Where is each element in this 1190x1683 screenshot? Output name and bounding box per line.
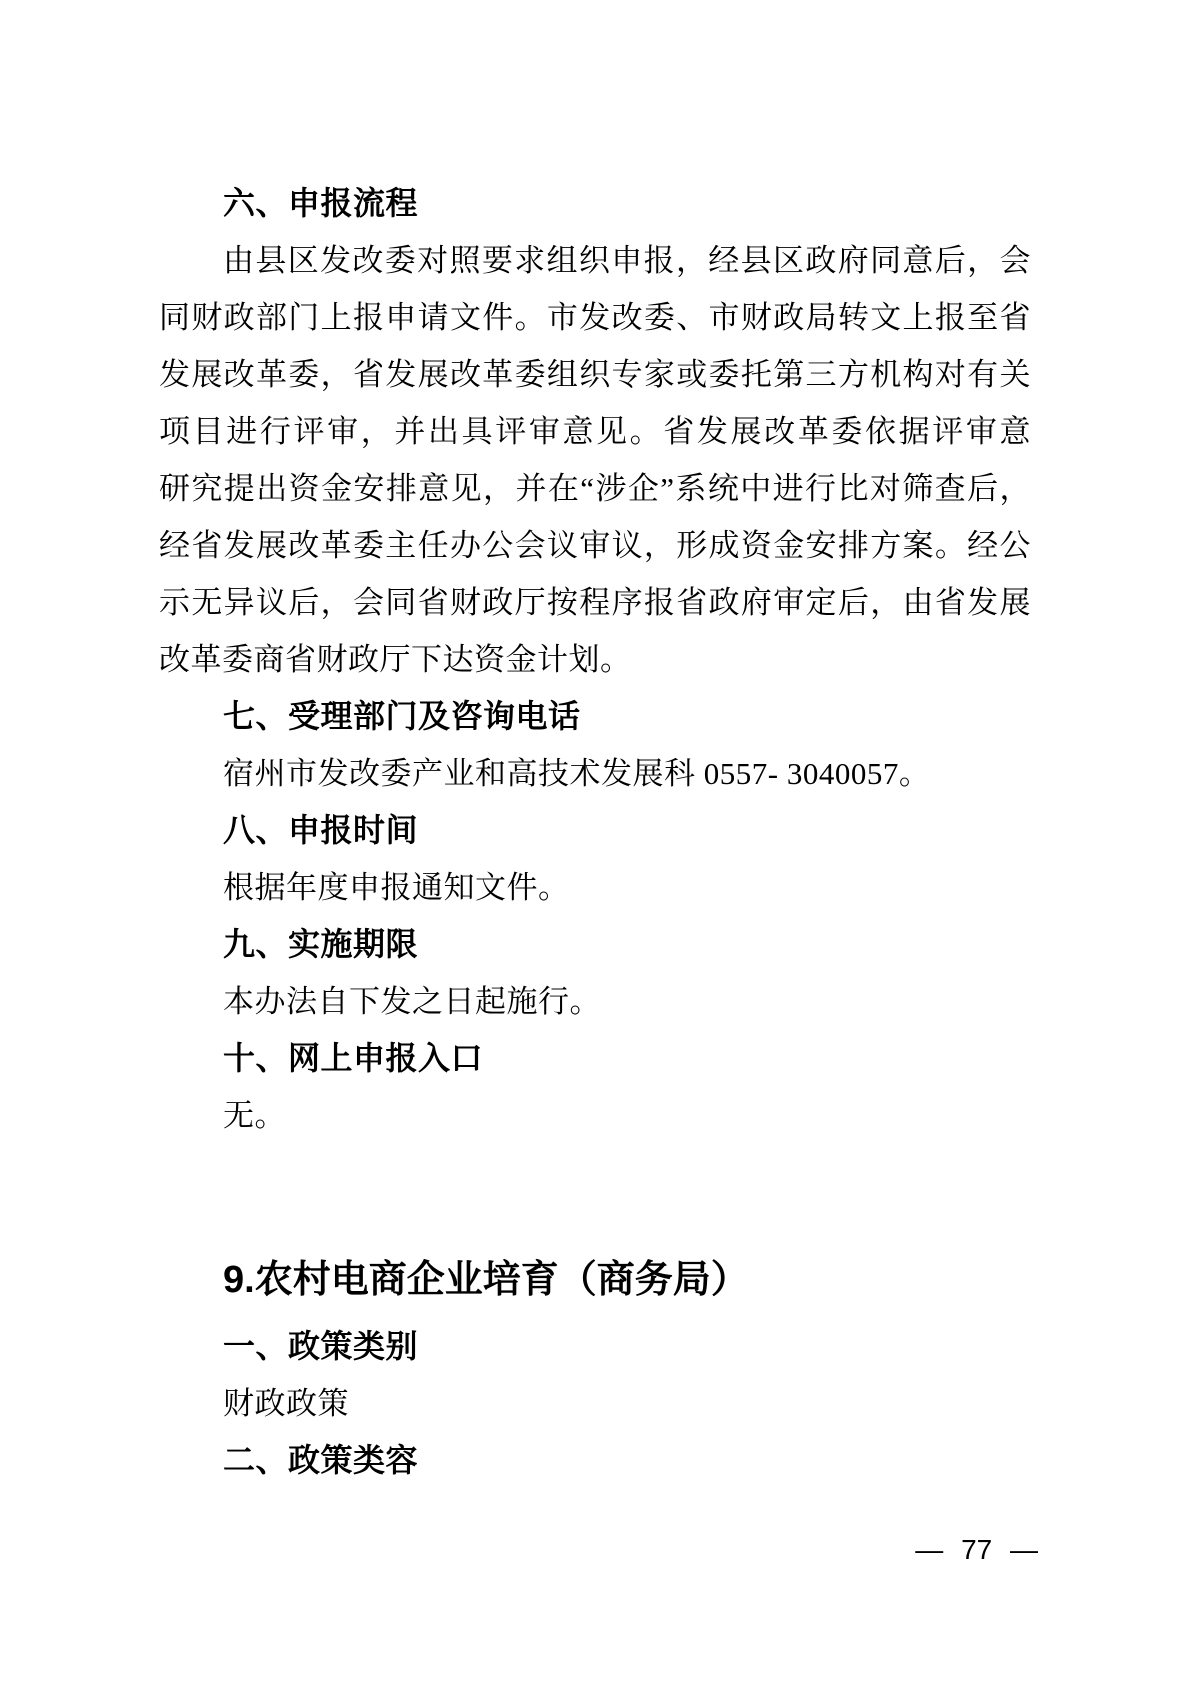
paragraph-line: 无。 bbox=[159, 1087, 1031, 1144]
section-heading-10: 十、网上申报入口 bbox=[159, 1030, 1031, 1087]
paragraph-line: 示无异议后，会同省财政厅按程序报省政府审定后，由省发展 bbox=[159, 574, 1031, 631]
section-heading-7: 七、受理部门及咨询电话 bbox=[159, 688, 1031, 745]
paragraph-line: 发展改革委，省发展改革委组织专家或委托第三方机构对有关 bbox=[159, 346, 1031, 403]
section-heading-9: 九、实施期限 bbox=[159, 916, 1031, 973]
page-content: 六、申报流程 由县区发改委对照要求组织申报，经县区政府同意后，会 同财政部门上报… bbox=[0, 0, 1190, 1489]
section-heading-1: 一、政策类别 bbox=[159, 1318, 1031, 1375]
paragraph-line: 财政政策 bbox=[159, 1375, 1031, 1432]
page-number: — 77 — bbox=[915, 1535, 1038, 1565]
paragraph-line: 由县区发改委对照要求组织申报，经县区政府同意后，会 bbox=[159, 232, 1031, 289]
paragraph-line: 研究提出资金安排意见，并在“涉企”系统中进行比对筛查后， bbox=[159, 460, 1031, 517]
paragraph-line: 经省发展改革委主任办公会议审议，形成资金安排方案。经公 bbox=[159, 517, 1031, 574]
paragraph-line: 同财政部门上报申请文件。市发改委、市财政局转文上报至省 bbox=[159, 289, 1031, 346]
section-heading-6: 六、申报流程 bbox=[159, 175, 1031, 232]
paragraph-line: 改革委商省财政厅下达资金计划。 bbox=[159, 631, 1031, 688]
paragraph-line-contact: 宿州市发改委产业和高技术发展科 0557- 3040057。 bbox=[159, 745, 1031, 802]
paragraph-line: 本办法自下发之日起施行。 bbox=[159, 973, 1031, 1030]
chapter-heading: 9.农村电商企业培育（商务局） bbox=[159, 1250, 1031, 1310]
section-heading-2: 二、政策类容 bbox=[159, 1432, 1031, 1489]
paragraph-line: 根据年度申报通知文件。 bbox=[159, 859, 1031, 916]
document-page: 六、申报流程 由县区发改委对照要求组织申报，经县区政府同意后，会 同财政部门上报… bbox=[0, 0, 1190, 1683]
paragraph-line: 项目进行评审，并出具评审意见。省发展改革委依据评审意见， bbox=[159, 403, 1031, 460]
section-heading-8: 八、申报时间 bbox=[159, 802, 1031, 859]
